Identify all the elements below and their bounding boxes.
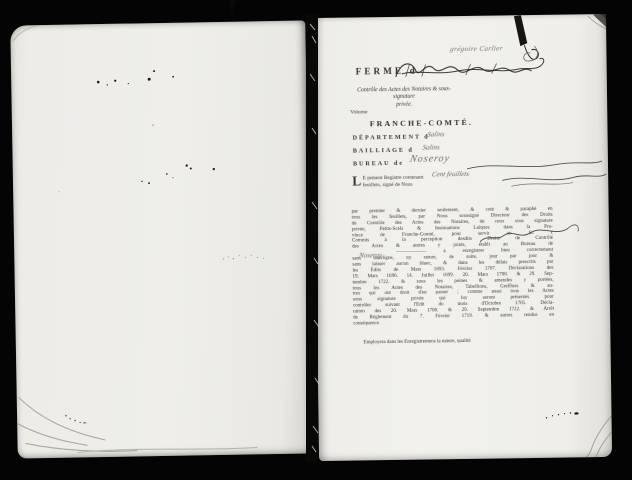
ink-speck [59, 191, 60, 192]
title-scribble [396, 58, 544, 77]
corner-crease-bottom-right [585, 416, 613, 457]
flourish-bureau [467, 161, 602, 169]
page-left-marks [10, 20, 313, 458]
flourish-feuillets [502, 174, 606, 186]
book-page-right: grégoire Carlier FERME d Contrôle des Ac… [313, 14, 612, 461]
ink-speck-cluster-top [97, 70, 174, 86]
handwriting-servir-squiggle [480, 225, 579, 242]
ink-blot-stroke [514, 15, 527, 46]
binding-notch [229, 0, 236, 17]
ink-speck-cluster-middle [141, 164, 215, 184]
page-right-ink-marks [313, 14, 612, 461]
dotted-smudge [223, 255, 264, 260]
ink-speck [152, 124, 154, 126]
corner-crease-bottom-left [17, 393, 258, 453]
dotted-ink-trail [546, 412, 579, 418]
dotted-marks-bottom [65, 415, 86, 424]
corner-crease [12, 26, 36, 41]
book-page-left [10, 20, 313, 458]
scanned-register-image: grégoire Carlier FERME d Contrôle des Ac… [0, 0, 632, 480]
